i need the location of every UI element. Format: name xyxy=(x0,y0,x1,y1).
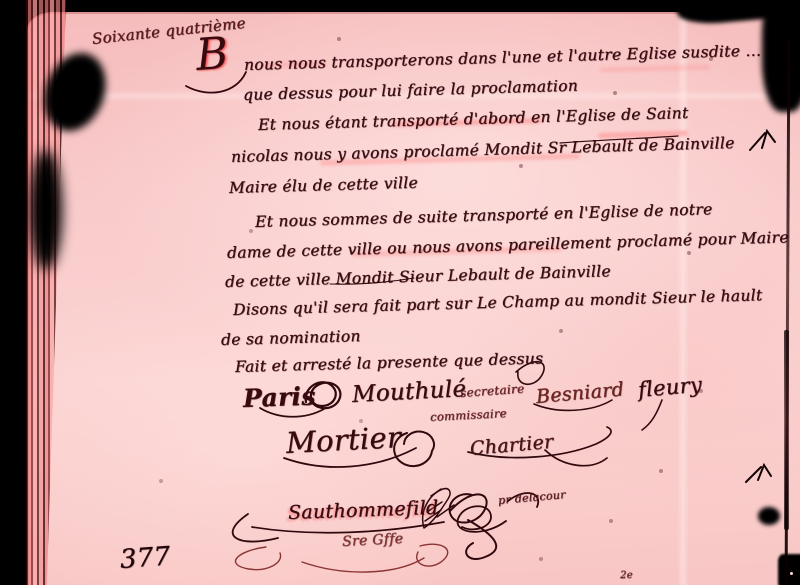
corner-mark: 2e xyxy=(620,570,633,581)
right-edge-blob xyxy=(762,0,800,112)
torn-edge-blob xyxy=(30,150,62,270)
signature-paris: Paris xyxy=(242,381,316,413)
greffe-note: Sre Gffe xyxy=(342,531,404,550)
page-number: 377 xyxy=(119,542,172,575)
ink-smudge-blob xyxy=(758,507,780,525)
bottom-right-black-corner xyxy=(778,554,800,585)
archival-scan: Soixante quatrième B nous nous transport… xyxy=(0,0,800,585)
top-shadow-blob xyxy=(170,0,310,8)
scan-speck xyxy=(790,572,793,575)
signature-mortier: Mortier xyxy=(285,420,402,460)
page-edge-line-thick xyxy=(784,330,789,530)
paper-speckles xyxy=(0,0,2,2)
initial-letter: B xyxy=(194,28,230,81)
